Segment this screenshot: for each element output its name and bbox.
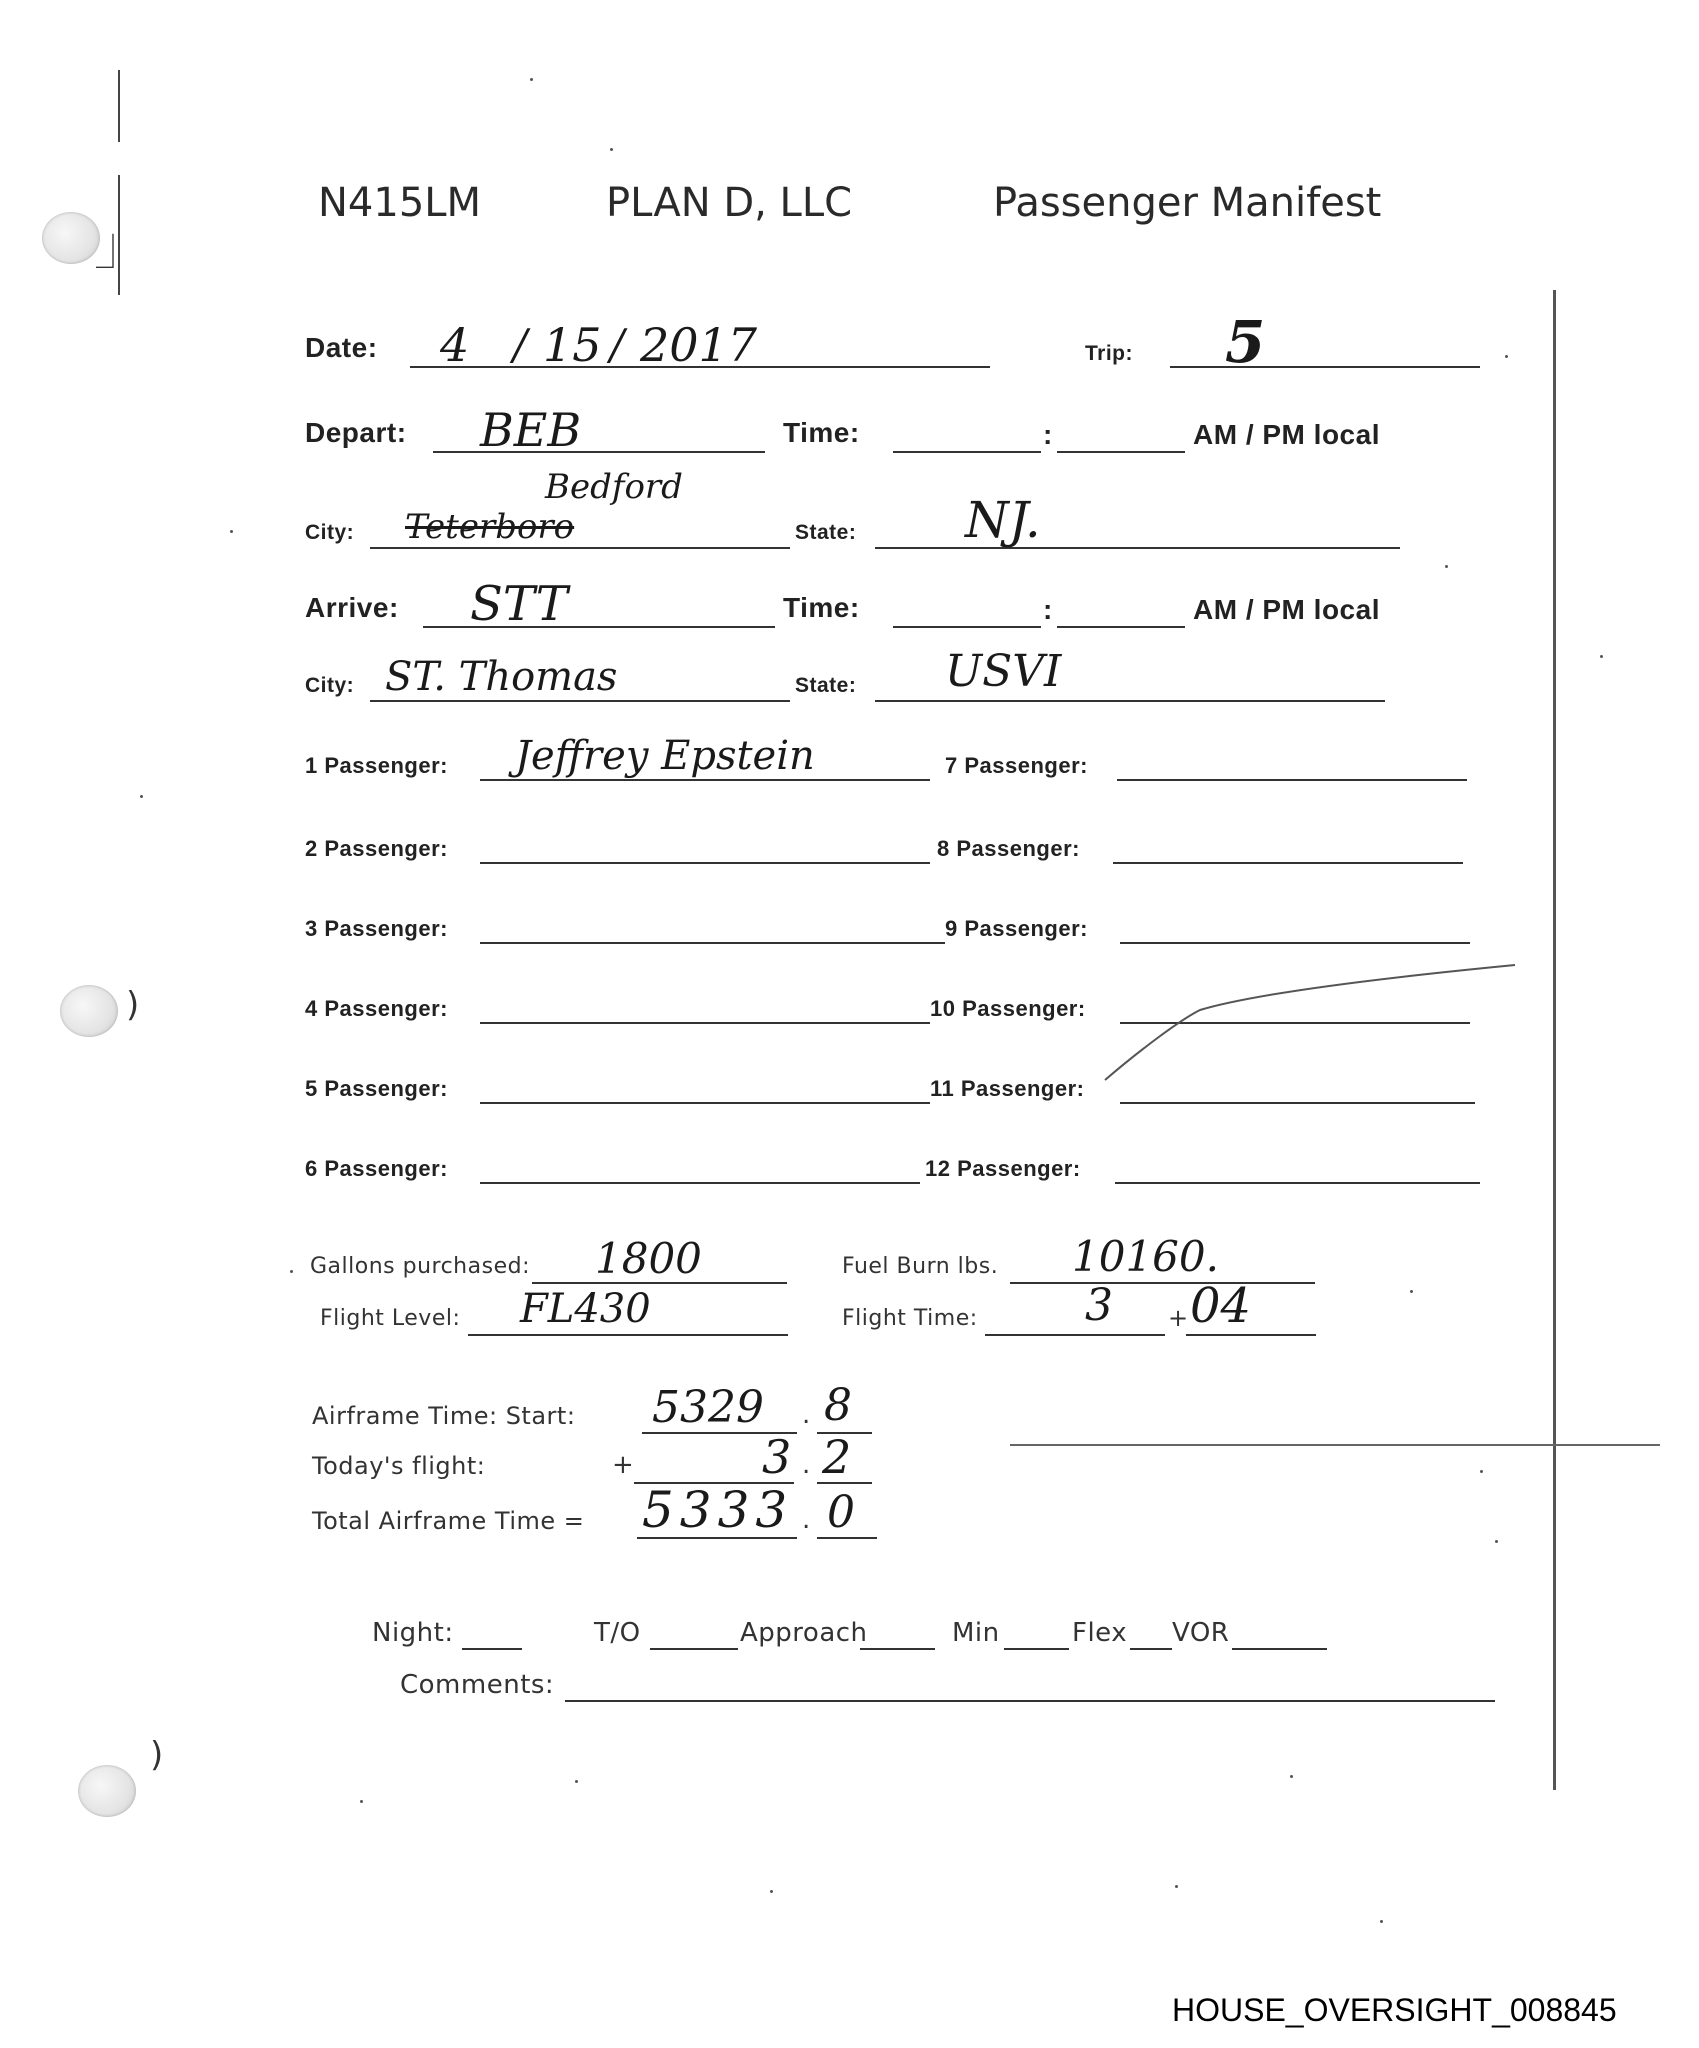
company-name: PLAN D, LLC (606, 180, 852, 226)
arrive-city-value: ST. Thomas (385, 654, 617, 700)
flight-level-label: Flight Level: (320, 1306, 460, 1331)
passenger-row-2: 2 Passenger: 8 Passenger: (305, 818, 1485, 868)
date-month-value: 4 (440, 318, 469, 372)
depart-state-field-line[interactable] (875, 547, 1400, 549)
night-label: Night: (372, 1618, 454, 1648)
date-row: Date: 4 / 15 / 2017 Trip: 5 (305, 320, 1485, 370)
flight-level-field[interactable] (468, 1334, 788, 1336)
today-flight-dot: . (802, 1450, 811, 1480)
pencil-stroke-mark (1100, 960, 1520, 1090)
passenger-2-field[interactable] (480, 862, 930, 864)
vor-field[interactable] (1232, 1648, 1327, 1650)
today-flight-tenth-value: 2 (822, 1430, 851, 1484)
to-label: T/O (594, 1618, 641, 1648)
scan-speck (1380, 1920, 1383, 1923)
binder-hole-bottom (78, 1765, 136, 1817)
arrive-city-field-line[interactable] (370, 700, 790, 702)
scan-speck (290, 1270, 293, 1273)
passenger-7-label: 7 Passenger: (945, 753, 1088, 779)
arrive-time-minute-line[interactable] (1057, 626, 1185, 628)
binder-hole-top (42, 212, 100, 264)
arrive-ampm-label: AM / PM local (1193, 594, 1380, 626)
date-day-value: 15 (543, 318, 602, 372)
passenger-10-label: 10 Passenger: (930, 996, 1086, 1022)
bates-number: HOUSE_OVERSIGHT_008845 (1172, 1992, 1617, 2029)
passenger-1-field[interactable] (480, 779, 930, 781)
night-field[interactable] (462, 1648, 522, 1650)
depart-time-separator: : (1043, 419, 1053, 451)
gallons-value: 1800 (595, 1234, 702, 1283)
arrive-row: Arrive: STT Time: : AM / PM local (305, 580, 1485, 630)
passenger-9-label: 9 Passenger: (945, 916, 1088, 942)
passenger-12-field[interactable] (1115, 1182, 1480, 1184)
depart-row: Depart: BEB Time: : AM / PM local (305, 405, 1485, 455)
scan-speck (575, 1780, 578, 1783)
passenger-11-field[interactable] (1120, 1102, 1475, 1104)
total-airframe-tenth-value: 0 (827, 1487, 855, 1538)
depart-city-struck-value: Teterboro (405, 507, 574, 547)
passenger-6-field[interactable] (480, 1182, 920, 1184)
tail-number: N415LM (318, 180, 481, 226)
date-separator: / (610, 320, 624, 369)
scan-speck (1290, 1775, 1293, 1778)
airframe-start-tenth-value: 8 (824, 1380, 852, 1431)
scan-speck (360, 1800, 363, 1803)
arrive-state-label: State: (795, 674, 856, 698)
arrive-state-field-line[interactable] (875, 700, 1385, 702)
night-row: Night: T/O Approach Min Flex VOR (372, 1610, 1542, 1660)
approach-field[interactable] (860, 1648, 935, 1650)
passenger-5-label: 5 Passenger: (305, 1076, 448, 1102)
arrive-label: Arrive: (305, 592, 399, 624)
binder-hole-mark: ⏌ (96, 225, 130, 274)
comments-label: Comments: (400, 1670, 554, 1700)
scan-speck (140, 795, 143, 798)
depart-time-hour-line[interactable] (893, 451, 1041, 453)
passenger-2-label: 2 Passenger: (305, 836, 448, 862)
depart-city-field-line[interactable] (370, 547, 790, 549)
arrive-time-label: Time: (783, 592, 860, 624)
today-flight-plus: + (612, 1450, 634, 1480)
flight-time-label: Flight Time: (842, 1306, 978, 1331)
depart-state-value: NJ. (965, 491, 1041, 549)
scan-speck (1480, 1470, 1483, 1473)
date-separator: / (513, 320, 527, 369)
passenger-6-label: 6 Passenger: (305, 1156, 448, 1182)
passenger-3-field[interactable] (480, 942, 945, 944)
scan-speck (230, 530, 233, 533)
total-airframe-whole-value: 5333 (642, 1481, 793, 1539)
passenger-8-label: 8 Passenger: (937, 836, 1080, 862)
total-airframe-label: Total Airframe Time = (312, 1507, 584, 1535)
airframe-start-dot: . (802, 1400, 811, 1430)
total-airframe-row: Total Airframe Time = 5333 . 0 (312, 1495, 1012, 1545)
scan-speck (610, 148, 613, 151)
trip-field-line[interactable] (1170, 366, 1480, 368)
flight-time-minutes-value: 04 (1190, 1278, 1251, 1334)
passenger-3-label: 3 Passenger: (305, 916, 448, 942)
arrive-state-value: USVI (945, 646, 1061, 697)
passenger-row-1: 1 Passenger: Jeffrey Epstein 7 Passenger… (305, 735, 1485, 785)
scan-speck (1445, 565, 1448, 568)
today-flight-whole-value: 3 (762, 1430, 791, 1484)
passenger-9-field[interactable] (1120, 942, 1470, 944)
scan-artifact-line (1010, 1444, 1660, 1446)
arrive-time-separator: : (1043, 594, 1053, 626)
scan-speck (1505, 355, 1508, 358)
flight-level-value: FL430 (520, 1286, 651, 1332)
date-year-value: 2017 (640, 318, 757, 372)
depart-ampm-label: AM / PM local (1193, 419, 1380, 451)
fuel-burn-field[interactable] (1010, 1282, 1315, 1284)
passenger-5-field[interactable] (480, 1102, 930, 1104)
flex-label: Flex (1072, 1618, 1127, 1648)
comments-field[interactable] (565, 1700, 1495, 1702)
depart-airport-value: BEB (480, 403, 581, 457)
flight-time-minutes-field[interactable] (1186, 1334, 1316, 1336)
arrive-city-label: City: (305, 674, 354, 698)
depart-city-value: Bedford (545, 467, 683, 507)
arrive-time-hour-line[interactable] (893, 626, 1041, 628)
binder-hole-mark: ) (150, 1735, 163, 1775)
airframe-start-whole-value: 5329 (652, 1382, 764, 1433)
passenger-1-value: Jeffrey Epstein (515, 733, 815, 779)
min-label: Min (952, 1618, 1000, 1648)
document-title: Passenger Manifest (993, 180, 1381, 226)
today-flight-label: Today's flight: (312, 1452, 485, 1480)
passenger-4-label: 4 Passenger: (305, 996, 448, 1022)
depart-state-label: State: (795, 521, 856, 545)
airframe-start-label: Airframe Time: Start: (312, 1402, 575, 1430)
scan-speck (1600, 655, 1603, 658)
flight-time-hours-field[interactable] (985, 1334, 1165, 1336)
scan-margin-line (118, 70, 120, 142)
flight-time-separator: + (1168, 1304, 1189, 1332)
passenger-7-field[interactable] (1117, 779, 1467, 781)
arrive-airport-value: STT (470, 576, 568, 632)
comments-row: Comments: (400, 1662, 1520, 1712)
flex-field[interactable] (1130, 1648, 1172, 1650)
binder-hole-middle (60, 985, 118, 1037)
trip-label: Trip: (1085, 342, 1133, 366)
manifest-header: N415LM PLAN D, LLC Passenger Manifest (318, 180, 1468, 240)
flight-level-row: Flight Level: FL430 Flight Time: 3 + 04 (320, 1292, 1420, 1342)
scan-speck (1410, 1290, 1413, 1293)
scan-speck (770, 1890, 773, 1893)
passenger-1-label: 1 Passenger: (305, 753, 448, 779)
passenger-12-label: 12 Passenger: (925, 1156, 1081, 1182)
to-field[interactable] (650, 1648, 738, 1650)
arrive-city-row: City: ST. Thomas State: USVI (305, 650, 1485, 700)
gallons-label: Gallons purchased: (310, 1254, 530, 1279)
passenger-4-field[interactable] (480, 1022, 930, 1024)
depart-label: Depart: (305, 417, 407, 449)
depart-city-label: City: (305, 521, 354, 545)
trip-value: 5 (1225, 308, 1265, 376)
fuel-burn-value: 10160. (1072, 1232, 1219, 1281)
total-airframe-dot: . (802, 1505, 811, 1535)
passenger-row-6: 6 Passenger: 12 Passenger: (305, 1138, 1485, 1188)
binder-hole-mark: ) (126, 985, 139, 1025)
depart-time-minute-line[interactable] (1057, 451, 1185, 453)
flight-time-hours-value: 3 (1085, 1280, 1113, 1331)
approach-label: Approach (740, 1618, 868, 1648)
passenger-row-3: 3 Passenger: 9 Passenger: (305, 898, 1485, 948)
form-right-border (1553, 290, 1556, 1790)
manifest-page: ⏌ ) ) N415LM PLAN D, LLC Passenger Manif… (0, 0, 1699, 2048)
min-field[interactable] (1004, 1648, 1069, 1650)
passenger-11-label: 11 Passenger: (930, 1076, 1084, 1102)
date-label: Date: (305, 332, 378, 364)
fuel-burn-label: Fuel Burn lbs. (842, 1254, 998, 1279)
scan-speck (1175, 1885, 1178, 1888)
depart-city-row: City: Teterboro Bedford State: NJ. (305, 485, 1485, 535)
scan-speck (1495, 1540, 1498, 1543)
airframe-start-row: Airframe Time: Start: 5329 . 8 (312, 1390, 1012, 1440)
vor-label: VOR (1172, 1618, 1229, 1648)
passenger-8-field[interactable] (1113, 862, 1463, 864)
scan-speck (530, 78, 533, 81)
depart-time-label: Time: (783, 417, 860, 449)
